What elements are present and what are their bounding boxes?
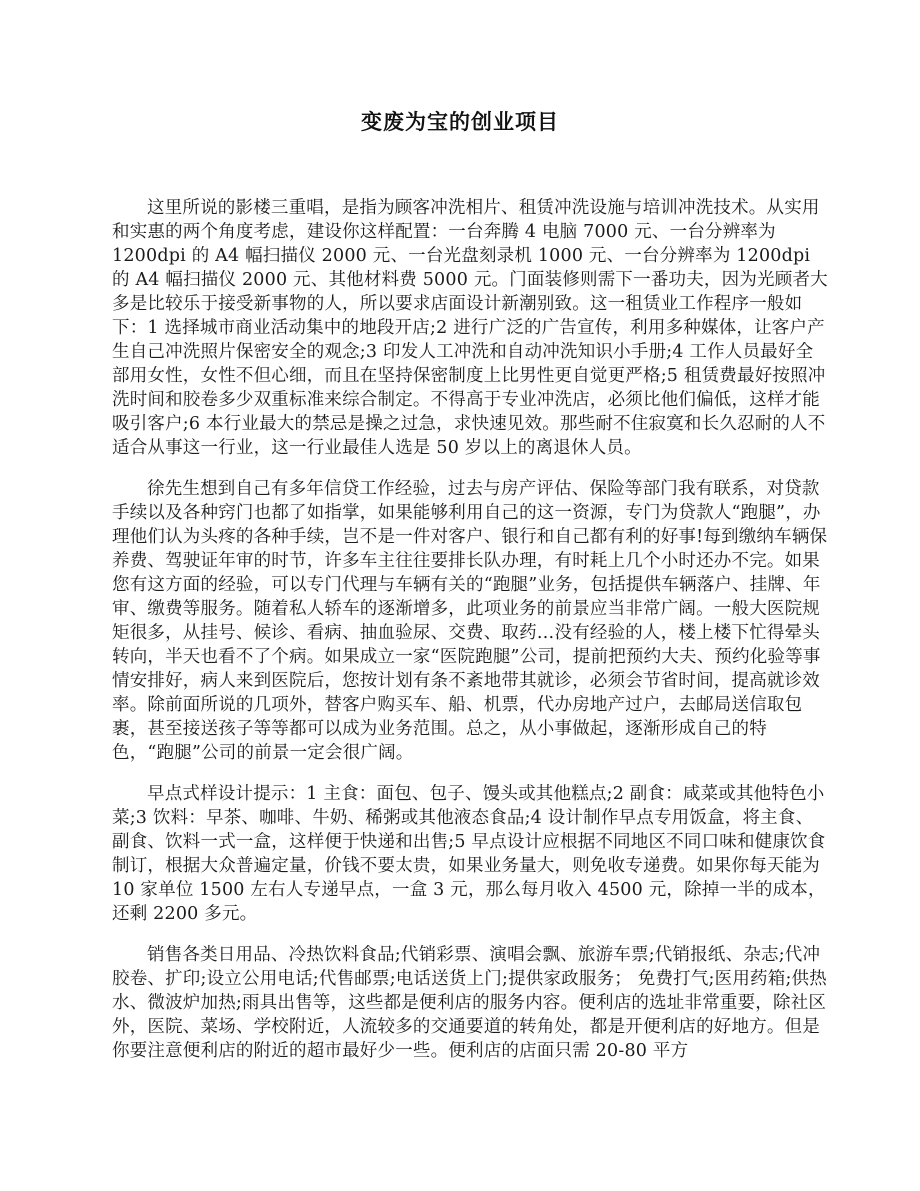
paragraph-breakfast-design: 早点式样设计提示：1 主食：面包、包子、馒头或其他糕点;2 副食：咸菜或其他特色…: [112, 782, 828, 926]
paragraph-errand-company: 徐先生想到自己有多年信贷工作经验，过去与房产评估、保险等部门我有联系，对贷款手续…: [112, 477, 828, 765]
paragraph-convenience-store: 销售各类日用品、冷热饮料食品;代销彩票、演唱会飘、旅游车票;代销报纸、杂志;代冲…: [112, 943, 828, 1063]
paragraph-photo-studio: 这里所说的影楼三重唱，是指为顾客冲洗相片、租赁冲洗设施与培训冲洗技术。从实用和实…: [112, 196, 828, 460]
document-title: 变废为宝的创业项目: [0, 106, 920, 136]
document-body: 这里所说的影楼三重唱，是指为顾客冲洗相片、租赁冲洗设施与培训冲洗技术。从实用和实…: [112, 196, 828, 1080]
document-page: 变废为宝的创业项目 这里所说的影楼三重唱，是指为顾客冲洗相片、租赁冲洗设施与培训…: [0, 0, 920, 1191]
